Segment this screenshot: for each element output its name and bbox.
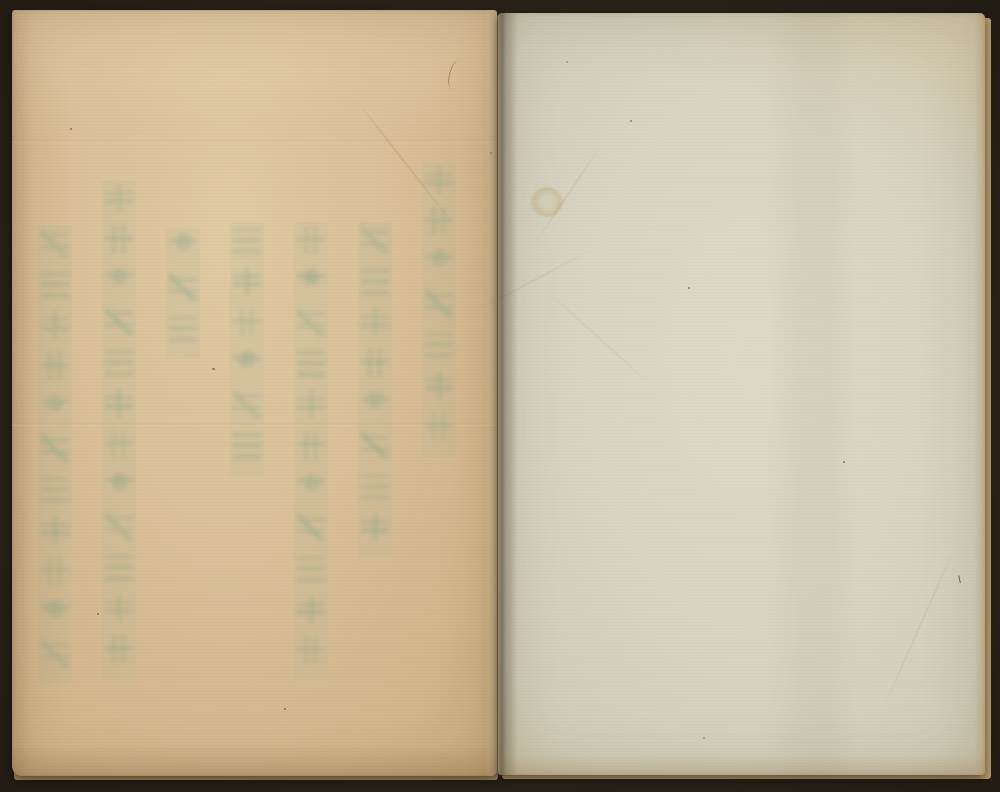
bleed-char-blob: [361, 349, 389, 377]
bleed-char-blob: [41, 434, 69, 462]
bleed-char-blob: [233, 308, 261, 336]
bleed-char-blob: [425, 289, 453, 317]
bleed-char-blob: [41, 598, 69, 626]
stain-mark: [530, 187, 564, 217]
bleed-char-blob: [105, 512, 133, 540]
bleed-char-blob: [361, 513, 389, 541]
bleed-char-blob: [297, 472, 325, 500]
paper-speck: [566, 61, 568, 63]
bleed-char-blob: [233, 349, 261, 377]
bleedthrough-text-column: [38, 225, 72, 684]
right-page: [498, 13, 985, 775]
bleed-char-blob: [105, 348, 133, 376]
paper-speck: [688, 287, 690, 289]
ink-speck: [958, 575, 964, 584]
bleed-char-blob: [41, 352, 69, 380]
bleed-char-blob: [425, 412, 453, 440]
bleed-char-blob: [297, 267, 325, 295]
paper-speck: [490, 152, 492, 154]
paper-speck: [284, 708, 286, 710]
bleed-char-blob: [425, 330, 453, 358]
bleed-char-blob: [361, 472, 389, 500]
bleed-char-blob: [233, 390, 261, 418]
bleed-char-blob: [297, 636, 325, 664]
bleed-char-blob: [169, 232, 197, 260]
paper-speck: [630, 120, 632, 122]
bleed-char-blob: [297, 226, 325, 254]
bleed-char-blob: [233, 267, 261, 295]
bleedthrough-text-column: [102, 180, 136, 680]
bleedthrough-text-column: [166, 228, 200, 359]
bleed-char-blob: [361, 226, 389, 254]
bleed-char-blob: [41, 270, 69, 298]
bleed-char-blob: [41, 229, 69, 257]
paper-speck: [97, 613, 99, 615]
bleed-char-blob: [361, 308, 389, 336]
bleed-char-blob: [233, 431, 261, 459]
bleed-char-blob: [41, 475, 69, 503]
bleed-char-blob: [297, 513, 325, 541]
bleed-char-blob: [41, 557, 69, 585]
bleed-char-blob: [297, 390, 325, 418]
bleed-char-blob: [297, 595, 325, 623]
bleed-char-blob: [41, 639, 69, 667]
bleed-char-blob: [169, 273, 197, 301]
bleed-char-blob: [105, 225, 133, 253]
bleed-char-blob: [361, 390, 389, 418]
bleed-char-blob: [297, 431, 325, 459]
fiber-hair-mark: [446, 59, 466, 91]
bleed-char-blob: [105, 471, 133, 499]
bleed-char-blob: [297, 349, 325, 377]
bleed-char-blob: [41, 516, 69, 544]
bleed-char-blob: [105, 594, 133, 622]
wrinkle-crease: [543, 287, 656, 389]
bleed-char-blob: [233, 226, 261, 254]
bleed-char-blob: [169, 314, 197, 342]
bleedthrough-text-column: [294, 222, 328, 681]
bleedthrough-text-column: [422, 162, 456, 457]
bleed-char-blob: [105, 266, 133, 294]
paper-speck: [70, 128, 72, 130]
bleed-char-blob: [41, 311, 69, 339]
bleed-char-blob: [105, 184, 133, 212]
paper-speck: [212, 368, 215, 370]
bleed-char-blob: [105, 389, 133, 417]
bleed-char-blob: [105, 307, 133, 335]
book-scan: [0, 0, 1000, 792]
horizontal-crease: [12, 140, 497, 143]
bleed-char-blob: [425, 248, 453, 276]
bleed-char-blob: [425, 207, 453, 235]
bleed-char-blob: [297, 308, 325, 336]
bleed-char-blob: [425, 371, 453, 399]
paper-speck: [703, 737, 705, 739]
paper-speck: [843, 461, 845, 463]
bleed-char-blob: [105, 553, 133, 581]
bleed-char-blob: [41, 393, 69, 421]
wrinkle-crease: [879, 541, 958, 715]
bleed-char-blob: [361, 431, 389, 459]
bleedthrough-text-column: [230, 222, 264, 476]
bleedthrough-text-column: [358, 222, 392, 558]
bleed-char-blob: [105, 430, 133, 458]
bleed-char-blob: [361, 267, 389, 295]
bleed-char-blob: [297, 554, 325, 582]
bleed-char-blob: [105, 635, 133, 663]
left-page: [12, 10, 497, 776]
bleed-char-blob: [425, 166, 453, 194]
